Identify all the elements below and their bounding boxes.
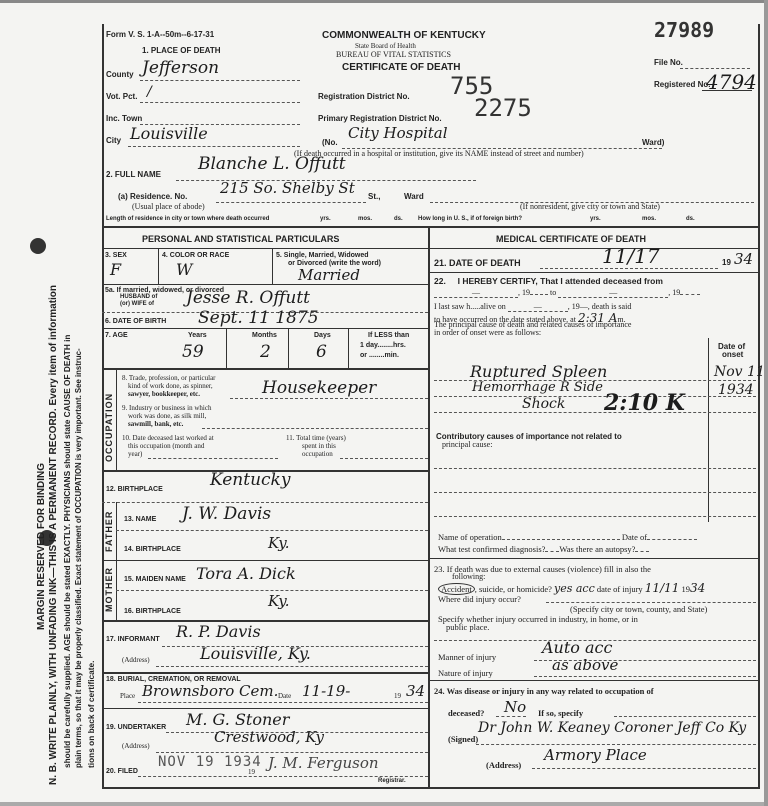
middle-divider — [428, 226, 430, 787]
hospital-value: City Hospital — [348, 124, 448, 142]
spouse-label-3: (or) WIFE of — [120, 301, 154, 307]
city-label: City — [106, 136, 121, 145]
attended-from-line: —, 19 to —, 19 — [434, 288, 700, 298]
bottom-border — [102, 787, 760, 789]
where-line — [546, 602, 756, 603]
undertaker-label: 19. UNDERTAKER — [106, 724, 166, 731]
full-name-label: 2. FULL NAME — [106, 170, 161, 179]
section-divider-top — [102, 226, 758, 228]
margin-notice-line-2: should be carefully supplied. AGE should… — [62, 335, 72, 769]
sex-label: 3. SEX — [105, 252, 127, 259]
medical-rule-2 — [430, 558, 758, 559]
right-border — [758, 24, 760, 789]
physician-address-label: (Address) — [486, 760, 521, 770]
manner-value: Auto acc — [542, 638, 612, 657]
principal-cause-2: in order of onset were as follows: — [434, 328, 541, 337]
filed-stamp: NOV 19 1934 — [158, 754, 262, 770]
test-label: What test confirmed diagnosis? — [438, 544, 545, 554]
medical-heading-rule — [430, 248, 758, 249]
months-label: Months — [252, 332, 277, 339]
mother-birthplace-label: 16. BIRTHPLACE — [124, 608, 181, 615]
file-no-label: File No. — [654, 58, 683, 67]
contrib-line-3 — [434, 516, 756, 517]
total-time-label-1: 11. Total time (years) — [286, 434, 346, 442]
vot-pct-value: / — [147, 84, 152, 100]
father-name-value: J. W. Davis — [182, 504, 271, 524]
residence-line — [216, 202, 366, 203]
operation-date-label: Date of — [622, 532, 647, 542]
cause-3-text: Shock — [522, 396, 565, 412]
operation-label: Name of operation — [438, 532, 502, 542]
suicide-label: , suicide, or homicide? — [475, 584, 552, 594]
medical-rule-3 — [430, 680, 758, 681]
years-value: 59 — [182, 342, 204, 362]
nature-value: as above — [552, 656, 618, 674]
abode-note: (Usual place of abode) — [132, 202, 205, 211]
nonresident-note: (If nonresident, give city or town and S… — [520, 202, 660, 211]
onset-label-2: onset — [722, 350, 743, 359]
accident-line: Accident, suicide, or homicide? yes acc … — [438, 581, 705, 595]
age-divider-3 — [348, 328, 349, 368]
last-worked-label-3: year) — [128, 450, 142, 458]
personal-heading-rule — [102, 248, 428, 249]
marital-value: Married — [298, 266, 360, 284]
foreign-mos: mos. — [642, 216, 656, 222]
nature-line — [534, 676, 756, 677]
injury-date-label: date of injury — [597, 584, 643, 594]
length-yrs: yrs. — [320, 216, 331, 222]
occupation-side-divider — [116, 368, 117, 470]
father-birthplace-label: 14. BIRTHPLACE — [124, 546, 181, 553]
bureau-name: BUREAU OF VITAL STATISTICS — [336, 50, 451, 59]
place-of-death-heading: 1. PLACE OF DEATH — [142, 46, 221, 55]
industry-label-1: 9. Industry or business in which — [122, 404, 211, 412]
foreign-ds: ds. — [686, 216, 695, 222]
board-name: State Board of Health — [355, 42, 416, 50]
informant-label: 17. INFORMANT — [106, 636, 160, 643]
manner-label: Manner of injury — [438, 652, 496, 662]
dob-value: Sept. 11 1875 — [198, 308, 319, 328]
operation-line: Name of operation Date of — [438, 532, 697, 542]
test-line: What test confirmed diagnosis?Was there … — [438, 544, 649, 554]
mother-maiden-line — [116, 590, 428, 591]
mother-maiden-label: 15. MAIDEN NAME — [124, 576, 186, 583]
days-label: Days — [314, 332, 331, 339]
deceased-line — [496, 716, 526, 717]
reg-district-label: Registration District No. — [318, 92, 410, 101]
scan-edge-right — [764, 0, 768, 806]
row-rule-3 — [102, 368, 428, 370]
burial-year-prefix: 19 — [394, 692, 401, 700]
months-value: 2 — [260, 342, 271, 362]
external-label-2: following: — [452, 572, 485, 581]
signed-value: Dr John W. Keaney Coroner Jeff Co Ky — [478, 720, 746, 736]
father-name-line — [116, 530, 428, 531]
city-line — [128, 146, 300, 147]
mother-maiden-value: Tora A. Dick — [196, 564, 296, 583]
mother-birthplace-value: Ky. — [268, 592, 290, 610]
foreign-label: How long in U. S., if of foreign birth? — [418, 216, 522, 222]
age-divider-2 — [288, 328, 289, 368]
foreign-yrs: yrs. — [590, 216, 601, 222]
trade-line — [230, 398, 428, 399]
injury-date-value: 11/11 — [645, 581, 680, 595]
occupation-related-label: 24. Was disease or injury in any way rel… — [434, 686, 654, 696]
total-time-label-2: spent in this — [302, 442, 336, 450]
street-label: St., — [368, 192, 380, 201]
physician-address-value: Armory Place — [544, 746, 647, 764]
filed-year-prefix: 19 — [248, 768, 255, 776]
burial-date-label: Date — [278, 692, 291, 700]
onset-divider — [708, 338, 709, 522]
date-of-death-value: 11/17 — [602, 244, 660, 268]
margin-notice-line-4: tions on back of certificate. — [86, 661, 96, 768]
primary-reg-label: Primary Registration District No. — [318, 114, 442, 123]
cause-line-3 — [434, 412, 756, 413]
cause-line-2 — [434, 396, 756, 397]
birthplace-label: 12. BIRTHPLACE — [106, 486, 163, 493]
cause-annotation: 2:10 K — [604, 390, 685, 416]
punch-hole-top — [30, 238, 46, 254]
full-name-value: Blanche L. Offutt — [198, 154, 346, 174]
scan-edge-bottom — [0, 802, 768, 806]
birthplace-value: Kentucky — [210, 470, 290, 490]
burial-place-value: Brownsboro Cem. — [142, 682, 278, 700]
city-value: Louisville — [130, 124, 208, 143]
undertaker-address-value: Crestwood, Ky — [214, 728, 324, 746]
dob-label: 6. DATE OF BIRTH — [105, 318, 166, 325]
margin-notice-line-3: plain terms, so that it may be properly … — [74, 348, 83, 768]
date-of-death-label: 21. DATE OF DEATH — [434, 258, 521, 268]
personal-heading: PERSONAL AND STATISTICAL PARTICULARS — [142, 234, 339, 244]
form-id: Form V. S. 1-A--50m--6-17-31 — [106, 30, 214, 39]
certificate-document: Form V. S. 1-A--50m--6-17-31 COMMONWEALT… — [102, 24, 762, 794]
trade-label-1: 8. Trade, profession, or particular — [122, 374, 216, 382]
vot-pct-line — [140, 102, 300, 103]
certificate-title: CERTIFICATE OF DEATH — [342, 62, 461, 73]
total-time-label-3: occupation — [302, 450, 333, 458]
deceased-value: No — [504, 698, 526, 716]
margin-reserved-text: MARGIN RESERVED FOR BINDING — [36, 463, 47, 630]
where-label: Where did injury occur? — [438, 594, 521, 604]
total-time-line — [340, 458, 428, 459]
no-label: (No. — [322, 138, 338, 147]
residence-value: 215 So. Shelby St — [220, 179, 355, 197]
signed-label: (Signed) — [448, 734, 478, 744]
length-mos: mos. — [358, 216, 372, 222]
trade-label-3: sawyer, bookkeeper, etc. — [128, 390, 200, 398]
county-label: County — [106, 70, 134, 79]
years-label: Years — [188, 332, 207, 339]
less-label-2: 1 day........hrs. — [360, 342, 406, 349]
date-of-death-line — [540, 268, 718, 269]
informant-address-label: (Address) — [122, 656, 150, 664]
sex-divider — [158, 248, 159, 284]
length-ds: ds. — [394, 216, 403, 222]
file-no-line — [680, 68, 750, 69]
to-label: to — [550, 288, 556, 297]
father-mother-divider — [102, 560, 428, 561]
age-divider-1 — [226, 328, 227, 368]
occupation-side-label: OCCUPATION — [104, 393, 114, 462]
cause-2-text: Hemorrhage R Side — [472, 380, 603, 395]
inc-town-label: Inc. Town — [106, 114, 142, 123]
informant-value: R. P. Davis — [176, 622, 261, 641]
signed-line — [476, 744, 756, 745]
from-year-prefix: 19 — [522, 288, 530, 297]
injury-year-prefix: 19 — [682, 584, 691, 594]
medical-rule-1 — [430, 272, 758, 273]
registered-no-label: Registered No. — [654, 80, 710, 89]
birthplace-line — [102, 502, 428, 503]
days-value: 6 — [316, 342, 327, 362]
vot-pct-label: Vot. Pct. — [106, 92, 137, 101]
filed-line — [138, 776, 428, 777]
primary-reg-value: 2275 — [474, 94, 532, 122]
contrib-line-2 — [434, 492, 756, 493]
spouse-value: Jesse R. Offutt — [186, 288, 310, 308]
row-rule-7 — [102, 708, 428, 709]
industry-line — [202, 428, 428, 429]
length-label: Length of residence in city or town wher… — [106, 216, 269, 222]
last-saw-label: I last saw h.....alive on — [434, 302, 506, 311]
sex-value: F — [110, 260, 121, 279]
registrar-signature: J. M. Ferguson — [268, 754, 379, 772]
county-value: Jefferson — [142, 58, 219, 78]
autopsy-label: Was there an autopsy? — [559, 544, 635, 554]
accident-value: yes acc — [554, 582, 595, 595]
to-year-prefix: 19 — [672, 288, 680, 297]
margin-notice-line-1: N. B. WRITE PLAINLY, WITH UNFADING INK—T… — [48, 285, 59, 785]
spouse-label-2: HUSBAND of — [120, 294, 157, 300]
informant-address-value: Louisville, Ky. — [200, 644, 311, 663]
registrar-label: Registrar. — [378, 778, 406, 784]
physician-address-line — [532, 768, 756, 769]
less-label-1: If LESS than — [368, 332, 409, 339]
stamp-number: 27989 — [654, 18, 714, 42]
to-value: — — [558, 288, 668, 298]
last-worked-label-2: this occupation (month and — [128, 442, 204, 450]
last-saw-year: 19 — [572, 302, 580, 311]
if-so-label: If so, specify — [538, 708, 583, 718]
injury-year: 34 — [690, 581, 705, 595]
undertaker-address-line — [156, 752, 428, 753]
undertaker-address-label: (Address) — [122, 742, 150, 750]
parents-side-divider — [116, 502, 117, 620]
date-of-death-year-prefix: 19 — [722, 258, 731, 267]
row-rule-1 — [102, 284, 428, 285]
marital-label-1: 5. Single, Married, Widowed — [276, 252, 369, 259]
row-rule-5 — [102, 620, 428, 622]
ward-label: Ward) — [642, 138, 664, 147]
county-line — [140, 80, 300, 81]
burial-line — [138, 702, 428, 703]
ward-label-2: Ward — [404, 192, 424, 201]
registered-no-line — [702, 90, 752, 91]
industry-injury-label-2: public place. — [446, 622, 489, 632]
cause-1-onset: Nov 11 — [714, 364, 765, 380]
race-divider — [272, 248, 273, 284]
mother-side-label: MOTHER — [104, 567, 114, 612]
industry-label-3: sawmill, bank, etc. — [128, 420, 183, 428]
from-value: — — [434, 288, 518, 298]
informant-address-line — [156, 666, 428, 667]
undertaker-value: M. G. Stoner — [186, 710, 289, 729]
burial-place-label: Place — [120, 692, 135, 700]
date-of-death-year: 34 — [734, 250, 753, 268]
burial-date-value: 11-19- — [302, 682, 350, 700]
filed-label: 20. FILED — [106, 768, 138, 775]
last-worked-line — [148, 458, 278, 459]
row-rule-2 — [102, 328, 428, 329]
cause-2-onset: 1934 — [718, 382, 754, 398]
race-label: 4. COLOR OR RACE — [162, 252, 229, 259]
death-said-label: death is said — [592, 302, 632, 311]
cause-1-text: Ruptured Spleen — [470, 362, 607, 381]
certify-label: 22. I HEREBY CERTIFY, That I attended de… — [434, 276, 663, 286]
deceased-label: deceased? — [448, 708, 484, 718]
trade-value: Housekeeper — [262, 378, 376, 398]
contrib-line-1 — [434, 468, 756, 469]
state-title: COMMONWEALTH OF KENTUCKY — [322, 30, 486, 41]
father-side-label: FATHER — [104, 511, 114, 552]
less-label-3: or ........min. — [360, 352, 399, 359]
burial-year-value: 34 — [406, 682, 425, 700]
residence-label: (a) Residence. No. — [118, 192, 187, 201]
if-so-line — [614, 716, 756, 717]
father-birthplace-value: Ky. — [268, 534, 290, 552]
row-rule-6 — [102, 672, 428, 674]
race-value: W — [176, 260, 192, 279]
father-name-label: 13. NAME — [124, 516, 156, 523]
medical-heading: MEDICAL CERTIFICATE OF DEATH — [496, 234, 646, 244]
scan-edge-top — [0, 0, 768, 3]
last-worked-label-1: 10. Date deceased last worked at — [122, 434, 214, 442]
age-label: 7. AGE — [105, 332, 128, 339]
nature-label: Nature of injury — [438, 668, 493, 678]
trade-label-2: kind of work done, as spinner, — [128, 382, 213, 390]
contributory-label-2: principal cause: — [442, 440, 492, 449]
industry-label-2: work was done, as silk mill, — [128, 412, 206, 420]
specify-note: (Specify city or town, county, and State… — [570, 604, 707, 614]
